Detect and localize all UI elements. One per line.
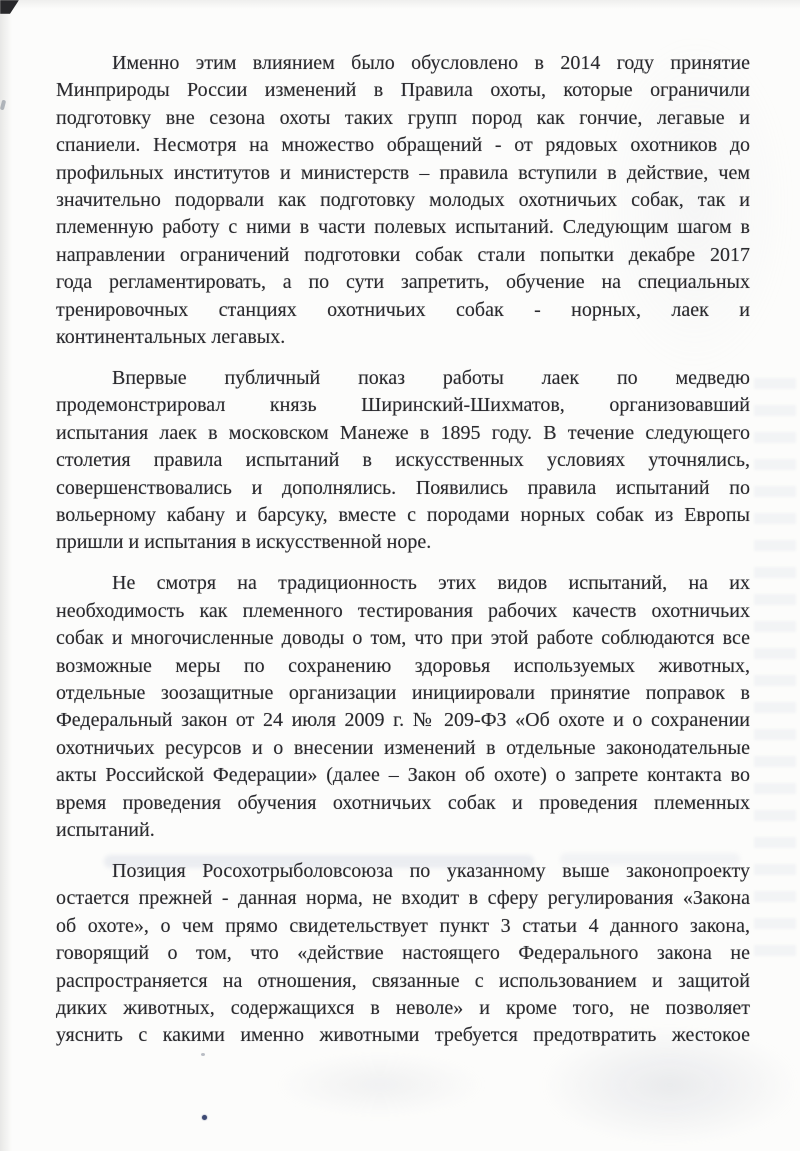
paragraph: Именно этим влиянием было обусловлено в … (56, 50, 750, 351)
paragraph: Впервые публичный показ работы лаек по м… (56, 365, 750, 557)
ink-dot-artifact (202, 1115, 207, 1120)
text-line: профильных институтов и министерств – пр… (56, 160, 750, 187)
text-line: испытания лаек в московском Манеже в 189… (56, 420, 750, 447)
text-line: отдельные зоозащитные организации иниции… (56, 680, 750, 707)
text-line: направлении ограничений подготовки собак… (56, 242, 750, 269)
scan-edge-shadow-left (0, 0, 12, 1151)
text-line: Федеральный закон от 24 июля 2009 г. № 2… (56, 707, 750, 734)
text-line: диких животных, содержащихся в неволе» и… (56, 995, 750, 1022)
text-line: охотничьих ресурсов и о внесении изменен… (56, 735, 750, 762)
scan-speck (0, 100, 6, 111)
paragraph: Позиция Росохотрыболовсоюза по указанном… (56, 858, 750, 1050)
text-line: значительно подорвали как подготовку мол… (56, 187, 750, 214)
document-text: Именно этим влиянием было обусловлено в … (56, 50, 750, 1063)
scan-edge-shadow-top (0, 0, 800, 9)
text-line: акты Российской Федерации» (далее – Зако… (56, 762, 750, 789)
text-line: континентальных легавых. (56, 324, 750, 351)
scan-corner-artifact (0, 0, 19, 14)
text-line: уяснить с какими именно животными требуе… (56, 1022, 750, 1049)
text-line: собак и многочисленные доводы о том, что… (56, 625, 750, 652)
text-line: возможные меры по сохранению здоровья ис… (56, 653, 750, 680)
bleed-through-ghost-text (754, 378, 796, 958)
paragraph: Не смотря на традиционность этих видов и… (56, 570, 750, 844)
text-line: продемонстрировал князь Ширинский-Шихмат… (56, 392, 750, 419)
text-line: года регламентировать, а по сути запрети… (56, 269, 750, 296)
text-line: Позиция Росохотрыболовсоюза по указанном… (56, 858, 750, 885)
text-line: совершенствовались и дополнялись. Появил… (56, 475, 750, 502)
text-line: Минприроды России изменений в Правила ох… (56, 77, 750, 104)
text-line: распространяется на отношения, связанные… (56, 968, 750, 995)
text-line: вольерному кабану и барсуку, вместе с по… (56, 502, 750, 529)
text-line: спаниели. Несмотря на множество обращени… (56, 132, 750, 159)
text-line: Не смотря на традиционность этих видов и… (56, 570, 750, 597)
text-line: испытаний. (56, 817, 750, 844)
text-line: об охоте», о чем прямо свидетельствует п… (56, 913, 750, 940)
text-line: необходимость как племенного тестировани… (56, 598, 750, 625)
text-line: Именно этим влиянием было обусловлено в … (56, 50, 750, 77)
text-line: подготовку вне сезона охоты таких групп … (56, 105, 750, 132)
text-line: столетия правила испытаний в искусственн… (56, 447, 750, 474)
text-line: время проведения обучения охотничьих соб… (56, 790, 750, 817)
text-line: тренировочных станциях охотничьих собак … (56, 297, 750, 324)
text-line: говорящий о том, что «действие настоящег… (56, 940, 750, 967)
text-line: остается прежней - данная норма, не вход… (56, 885, 750, 912)
text-line: Впервые публичный показ работы лаек по м… (56, 365, 750, 392)
text-line: племенную работу с ними в части полевых … (56, 214, 750, 241)
text-line: пришли и испытания в искусственной норе. (56, 529, 750, 556)
scanned-document-page: Именно этим влиянием было обусловлено в … (0, 0, 800, 1151)
